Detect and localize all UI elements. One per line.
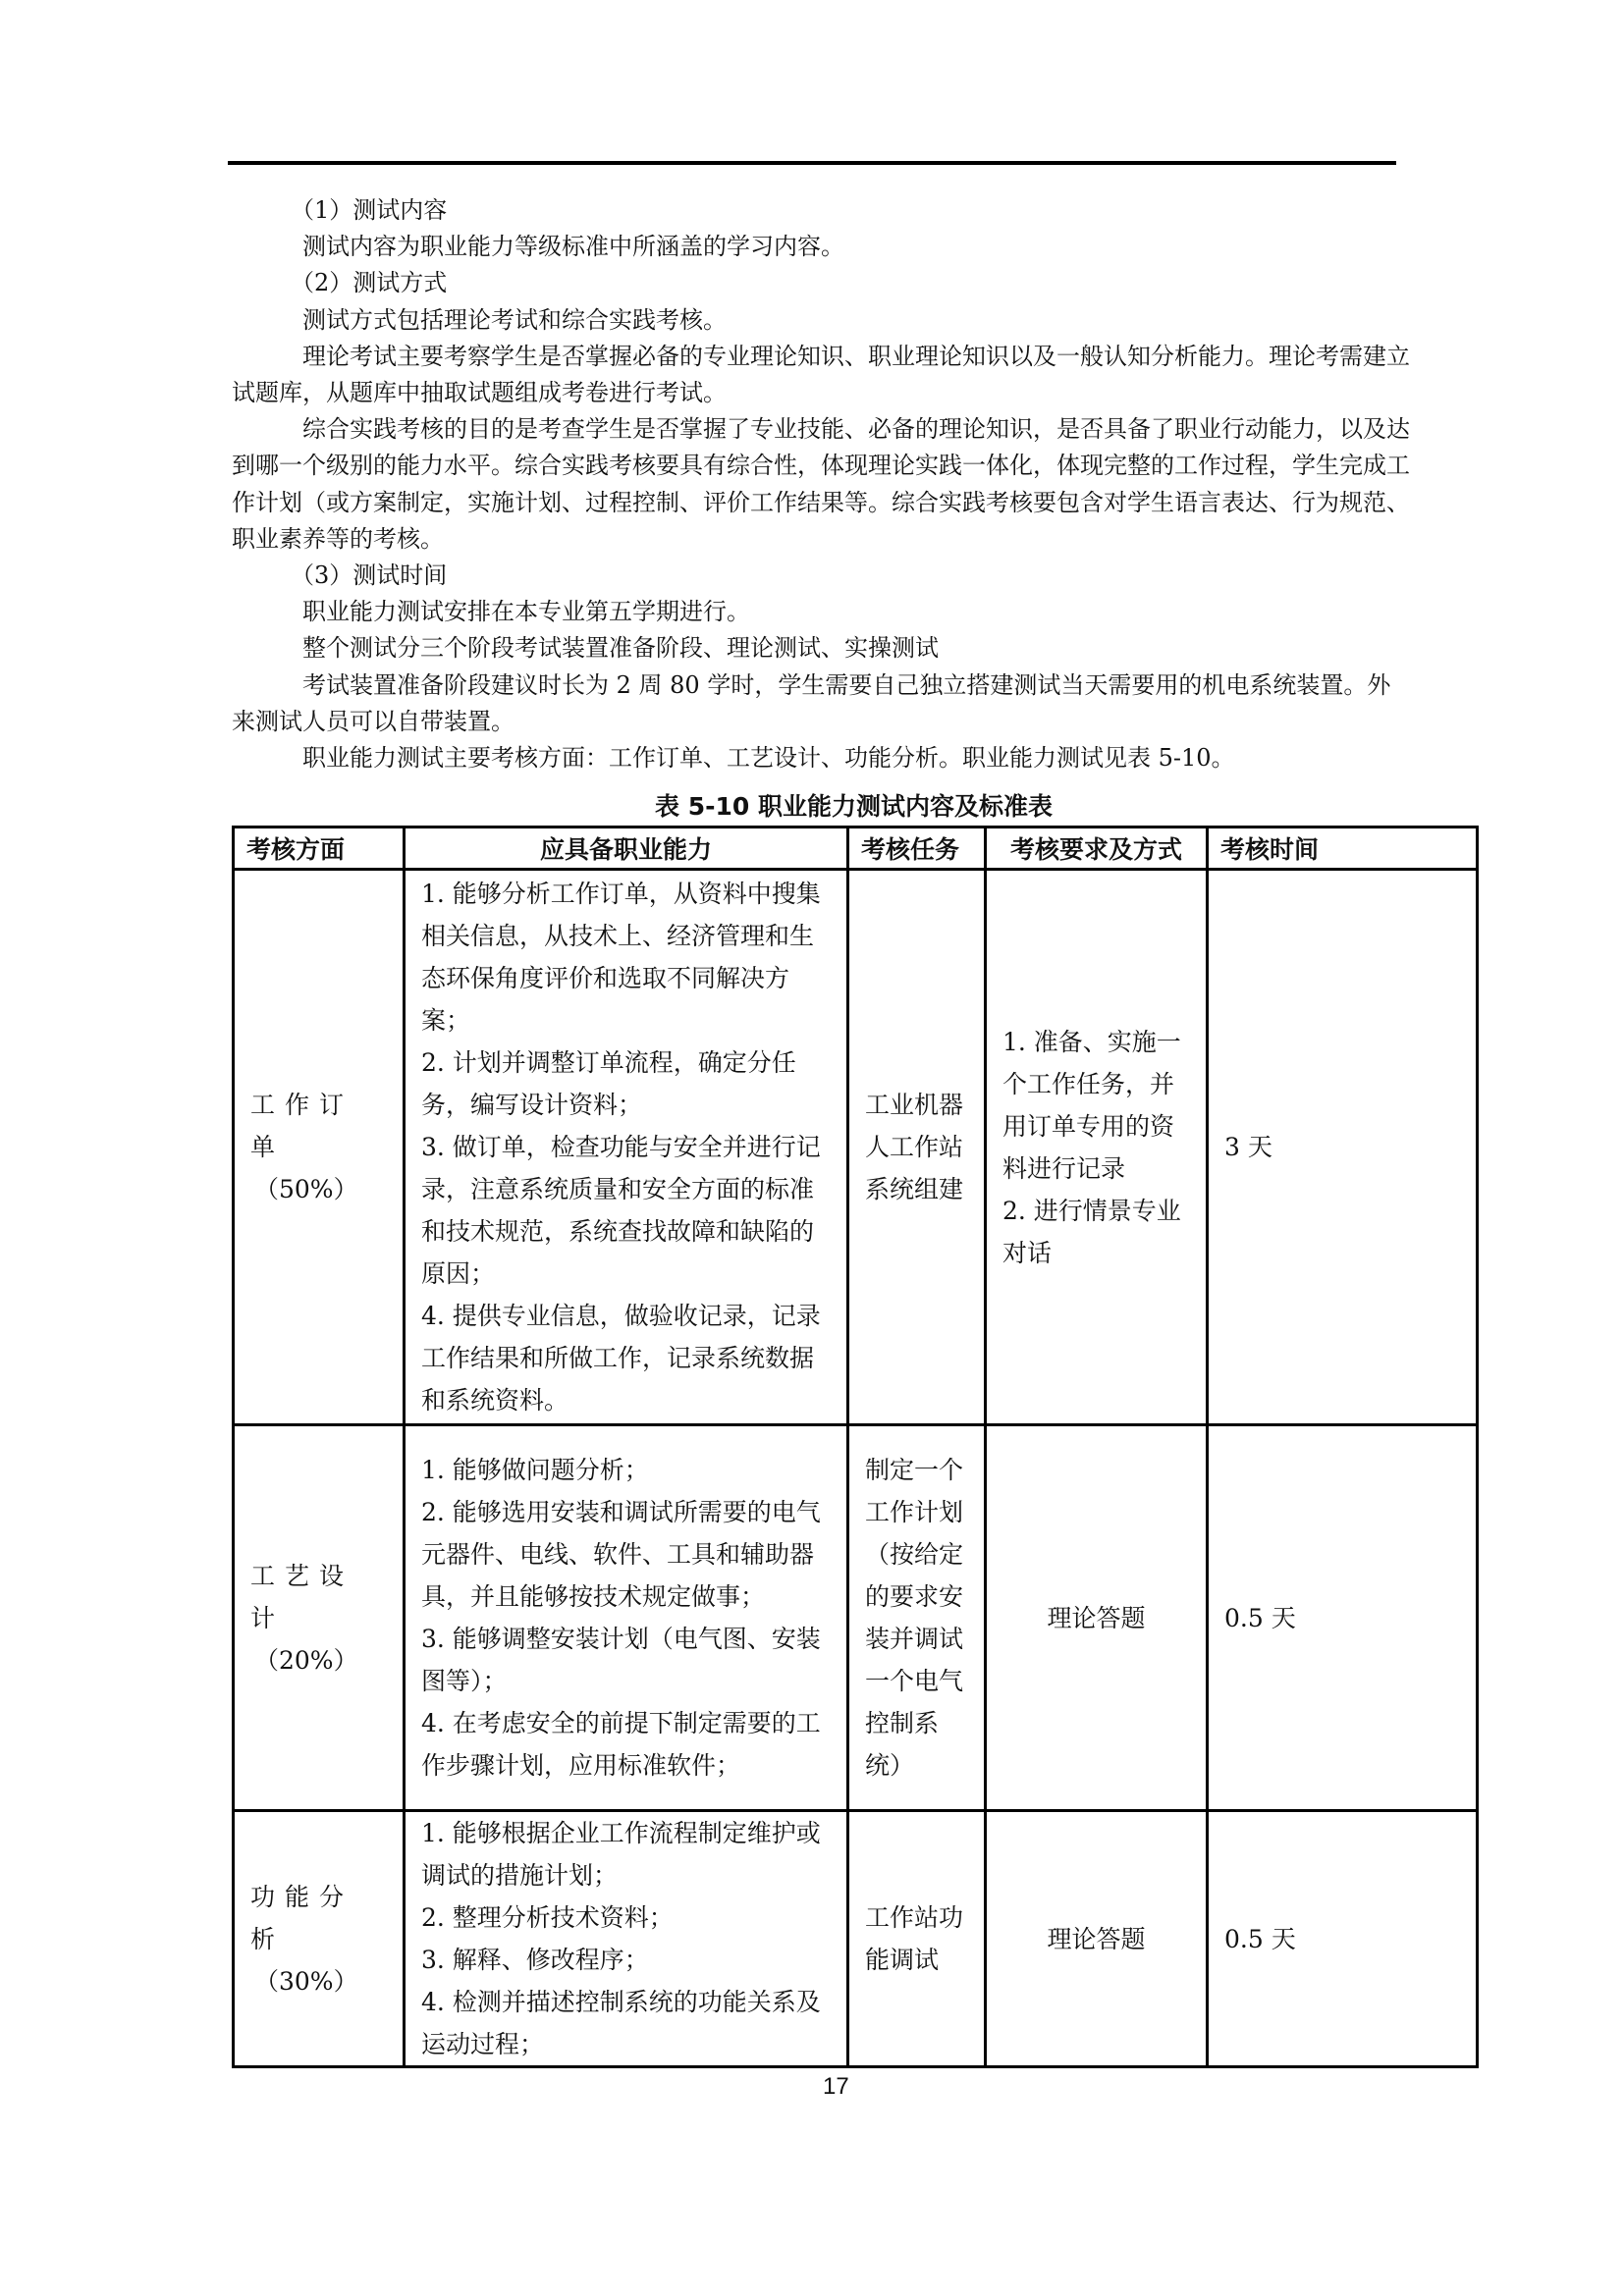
competency-item: 4. 提供专业信息，做验收记录，记录工作结果和所做工作，记录系统数据和系统资料。 — [421, 1295, 831, 1421]
requirements-cell: 理论答题 — [986, 1425, 1208, 1811]
aspect-name: 工艺设计 — [250, 1555, 387, 1639]
table-row: 工作订单 （50%） 1. 能够分析工作订单，从资料中搜集相关信息，从技术上、经… — [234, 870, 1478, 1425]
competencies-cell: 1. 能够根据企业工作流程制定维护或调试的措施计划； 2. 整理分析技术资料； … — [405, 1811, 848, 2067]
requirements-cell: 理论答题 — [986, 1811, 1208, 2067]
requirement-item: 2. 进行情景专业对话 — [1002, 1190, 1190, 1274]
requirements-cell: 1. 准备、实施一个工作任务，并用订单专用的资料进行记录 2. 进行情景专业对话 — [986, 870, 1208, 1425]
table-row: 工艺设计 （20%） 1. 能够做问题分析； 2. 能够选用安装和调试所需要的电… — [234, 1425, 1478, 1811]
competency-item: 3. 做订单，检查功能与安全并进行记录，注意系统质量和安全方面的标准和技术规范，… — [421, 1126, 831, 1295]
requirement-item: 1. 准备、实施一个工作任务，并用订单专用的资料进行记录 — [1002, 1021, 1190, 1190]
paragraph: 职业能力测试安排在本专业第五学期进行。 — [232, 594, 1410, 630]
competency-item: 2. 整理分析技术资料； — [421, 1896, 831, 1939]
aspect-weight: （30%） — [250, 1960, 387, 2002]
column-header: 考核时间 — [1208, 828, 1478, 870]
competency-test-table: 考核方面 应具备职业能力 考核任务 考核要求及方式 考核时间 工作订单 （50%… — [232, 826, 1479, 2068]
column-header: 应具备职业能力 — [405, 828, 848, 870]
aspect-cell: 工作订单 （50%） — [234, 870, 405, 1425]
task-cell: 工业机器人工作站系统组建 — [848, 870, 986, 1425]
paragraph: 测试内容为职业能力等级标准中所涵盖的学习内容。 — [232, 229, 1410, 265]
competencies-cell: 1. 能够分析工作订单，从资料中搜集相关信息，从技术上、经济管理和生态环保角度评… — [405, 870, 848, 1425]
time-cell: 0.5 天 — [1208, 1811, 1478, 2067]
table-caption: 表 5-10 职业能力测试内容及标准表 — [232, 787, 1476, 823]
competency-item: 2. 能够选用安装和调试所需要的电气元器件、电线、软件、工具和辅助器具，并且能够… — [421, 1491, 831, 1618]
aspect-name: 工作订单 — [250, 1084, 387, 1168]
competency-item: 4. 检测并描述控制系统的功能关系及运动过程； — [421, 1981, 831, 2065]
time-cell: 3 天 — [1208, 870, 1478, 1425]
competency-item: 1. 能够分析工作订单，从资料中搜集相关信息，从技术上、经济管理和生态环保角度评… — [421, 873, 831, 1041]
section-heading-method: （2）测试方式 — [232, 265, 1410, 301]
paragraph: 考试装置准备阶段建议时长为 2 周 80 学时，学生需要自己独立搭建测试当天需要… — [232, 667, 1410, 740]
aspect-cell: 工艺设计 （20%） — [234, 1425, 405, 1811]
section-heading-content: （1）测试内容 — [232, 192, 1410, 229]
competency-item: 1. 能够根据企业工作流程制定维护或调试的措施计划； — [421, 1812, 831, 1896]
paragraph: 职业能力测试主要考核方面：工作订单、工艺设计、功能分析。职业能力测试见表 5-1… — [232, 740, 1410, 776]
section-heading-time: （3）测试时间 — [232, 558, 1410, 594]
page-number: 17 — [823, 2073, 849, 2101]
paragraph: 理论考试主要考察学生是否掌握必备的专业理论知识、职业理论知识以及一般认知分析能力… — [232, 339, 1410, 411]
competency-item: 2. 计划并调整订单流程，确定分任务，编写设计资料； — [421, 1041, 831, 1126]
table-row: 功能分析 （30%） 1. 能够根据企业工作流程制定维护或调试的措施计划； 2.… — [234, 1811, 1478, 2067]
body-text: （1）测试内容 测试内容为职业能力等级标准中所涵盖的学习内容。 （2）测试方式 … — [232, 192, 1410, 776]
competency-item: 3. 能够调整安装计划（电气图、安装图等）； — [421, 1618, 831, 1702]
table-header-row: 考核方面 应具备职业能力 考核任务 考核要求及方式 考核时间 — [234, 828, 1478, 870]
competency-item: 3. 解释、修改程序； — [421, 1939, 831, 1981]
aspect-name: 功能分析 — [250, 1876, 387, 1960]
column-header: 考核要求及方式 — [986, 828, 1208, 870]
aspect-weight: （20%） — [250, 1639, 387, 1682]
paragraph: 测试方式包括理论考试和综合实践考核。 — [232, 302, 1410, 339]
column-header: 考核任务 — [848, 828, 986, 870]
paragraph: 整个测试分三个阶段考试装置准备阶段、理论测试、实操测试 — [232, 630, 1410, 667]
task-cell: 工作站功能调试 — [848, 1811, 986, 2067]
task-cell: 制定一个工作计划（按给定的要求安装并调试一个电气控制系统） — [848, 1425, 986, 1811]
competency-item: 1. 能够做问题分析； — [421, 1449, 831, 1491]
aspect-weight: （50%） — [250, 1168, 387, 1210]
paragraph: 综合实践考核的目的是考查学生是否掌握了专业技能、必备的理论知识，是否具备了职业行… — [232, 411, 1410, 558]
time-cell: 0.5 天 — [1208, 1425, 1478, 1811]
competency-item: 4. 在考虑安全的前提下制定需要的工作步骤计划，应用标准软件； — [421, 1702, 831, 1787]
column-header: 考核方面 — [234, 828, 405, 870]
header-rule — [228, 161, 1396, 165]
aspect-cell: 功能分析 （30%） — [234, 1811, 405, 2067]
competencies-cell: 1. 能够做问题分析； 2. 能够选用安装和调试所需要的电气元器件、电线、软件、… — [405, 1425, 848, 1811]
